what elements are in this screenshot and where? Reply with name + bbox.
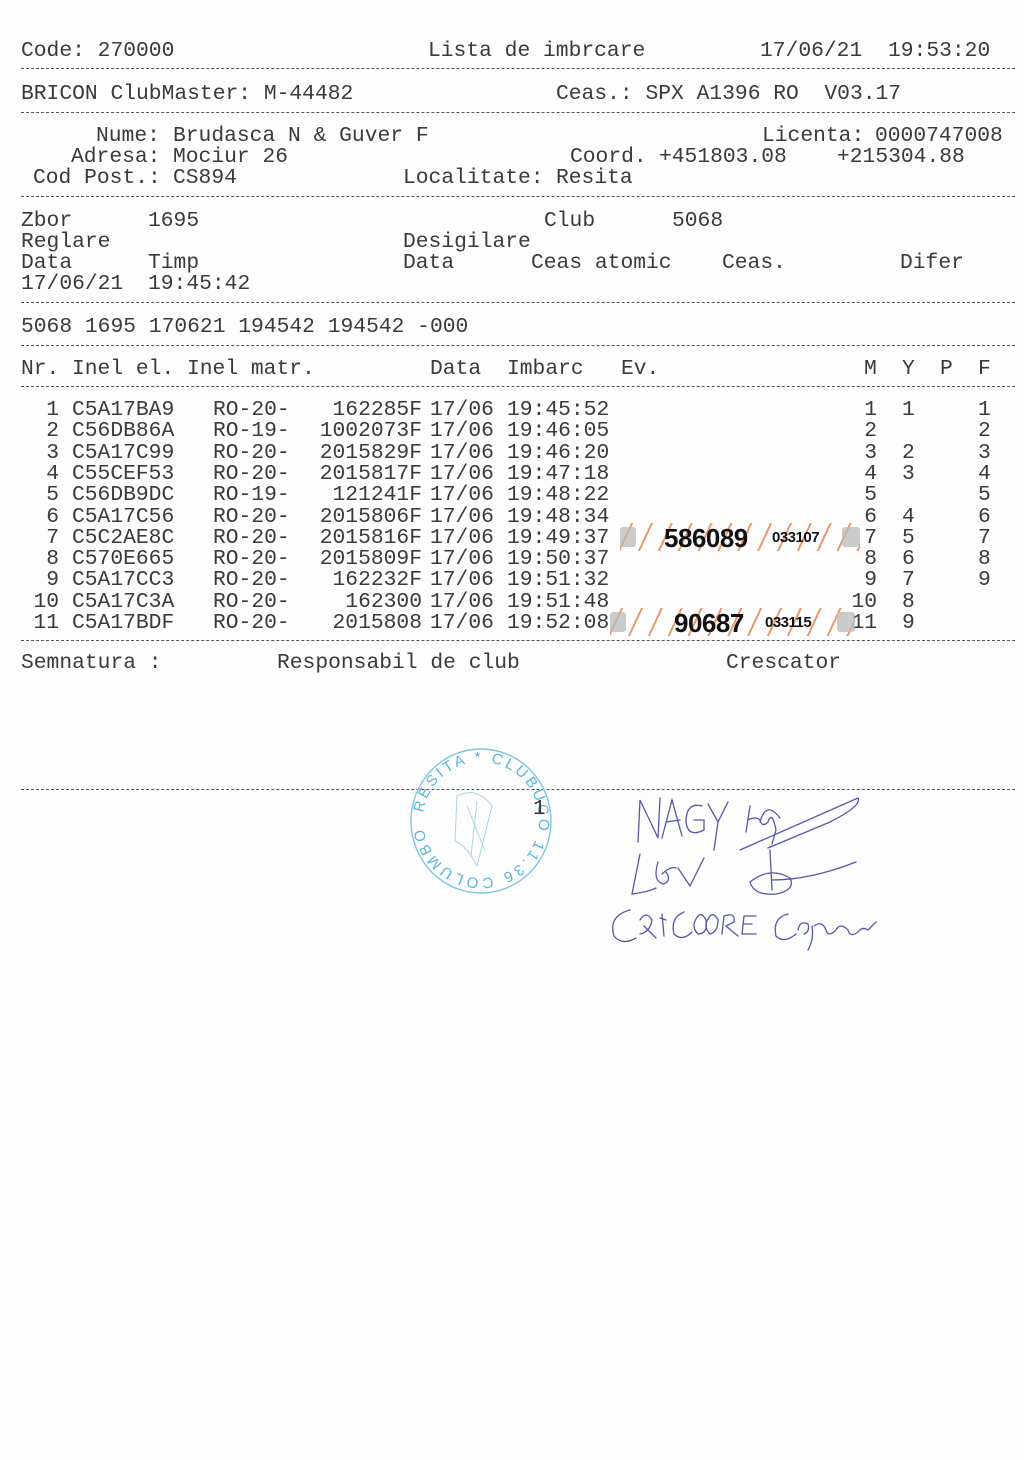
cell-inel-matr: 121241F	[316, 484, 422, 506]
cell-ring-prefix: RO-19-	[213, 484, 290, 506]
sticker-code: 033115	[765, 614, 811, 632]
coord-lon: +215304.88	[837, 146, 965, 168]
cell-m: 8	[845, 548, 877, 570]
club-responsible-label: Responsabil de club	[277, 652, 520, 674]
cell-inel-el: C570E665	[72, 548, 174, 570]
cell-f: 7	[978, 527, 991, 549]
cell-m: 5	[845, 484, 877, 506]
cell-nr: 8	[21, 548, 59, 570]
divider	[21, 68, 1015, 69]
printed-date: 17/06/21	[760, 40, 862, 62]
divider	[21, 386, 1015, 387]
cell-ring-prefix: RO-20-	[213, 591, 290, 613]
locality: Resita	[556, 167, 633, 189]
column-imbarc: Imbarc	[507, 358, 584, 380]
divider	[21, 640, 1015, 641]
cell-inel-el: C5A17C99	[72, 442, 174, 464]
code-label: Code: 270000	[21, 40, 174, 62]
clock-id: Ceas.: SPX A1396 RO V03.17	[556, 83, 901, 105]
cell-data: 17/06	[430, 612, 494, 634]
cell-nr: 9	[21, 569, 59, 591]
owner-address: Mociur 26	[173, 146, 288, 168]
zbor-label: Zbor	[21, 210, 72, 232]
column-m: M	[864, 358, 877, 380]
column-p: P	[940, 358, 953, 380]
cell-y: 5	[902, 527, 915, 549]
cell-y: 7	[902, 569, 915, 591]
cell-imbarc: 19:51:48	[507, 591, 609, 613]
cell-m: 2	[845, 420, 877, 442]
ring-sticker: 90687 033115	[610, 608, 855, 636]
sticker-edge	[842, 527, 860, 547]
cell-imbarc: 19:46:20	[507, 442, 609, 464]
cell-f: 3	[978, 442, 991, 464]
club-label: Club	[544, 210, 595, 232]
cell-inel-matr: 2015806F	[316, 506, 422, 528]
cell-inel-el: C56DB86A	[72, 420, 174, 442]
sticker-number: 586089	[664, 524, 748, 551]
cell-imbarc: 19:45:52	[507, 399, 609, 421]
cell-inel-matr: 162300	[316, 591, 422, 613]
cell-data: 17/06	[430, 591, 494, 613]
cell-ring-prefix: RO-20-	[213, 612, 290, 634]
cell-nr: 2	[21, 420, 59, 442]
reglare-date: 17/06/21	[21, 273, 123, 295]
cell-inel-matr: 162285F	[316, 399, 422, 421]
coord-label: Coord.	[570, 146, 647, 168]
cell-y: 8	[902, 591, 915, 613]
cell-imbarc: 19:49:37	[507, 527, 609, 549]
cell-imbarc: 19:50:37	[507, 548, 609, 570]
sticker-code: 033107	[772, 529, 819, 547]
cell-inel-el: C55CEF53	[72, 463, 174, 485]
sticker-edge	[620, 527, 636, 547]
cell-y: 3	[902, 463, 915, 485]
clubmaster-id: BRICON ClubMaster: M-44482	[21, 83, 353, 105]
locality-label: Localitate:	[403, 167, 544, 189]
cell-ring-prefix: RO-20-	[213, 399, 290, 421]
cell-ring-prefix: RO-20-	[213, 506, 290, 528]
address-label: Adresa:	[71, 146, 160, 168]
cell-ring-prefix: RO-20-	[213, 442, 290, 464]
cell-data: 17/06	[430, 442, 494, 464]
cell-f: 2	[978, 420, 991, 442]
cell-inel-matr: 2015829F	[316, 442, 422, 464]
cell-m: 1	[845, 399, 877, 421]
column-data: Data	[430, 358, 481, 380]
cell-f: 9	[978, 569, 991, 591]
divider	[21, 302, 1015, 303]
cell-data: 17/06	[430, 484, 494, 506]
desigilare-label: Desigilare	[403, 231, 531, 253]
column-inel-el: Inel el.	[72, 358, 174, 380]
club-number: 5068	[672, 210, 723, 232]
ring-sticker: 586089 033107	[620, 523, 860, 551]
cell-inel-el: C5A17C3A	[72, 591, 174, 613]
cell-nr: 1	[21, 399, 59, 421]
cell-imbarc: 19:48:34	[507, 506, 609, 528]
cell-data: 17/06	[430, 399, 494, 421]
breeder-label: Crescator	[726, 652, 841, 674]
printed-time: 19:53:20	[888, 40, 990, 62]
coord-lat: +451803.08	[659, 146, 787, 168]
cell-inel-matr: 2015809F	[316, 548, 422, 570]
club-stamp-icon: RESITA * CLUBUCO 11.36 COLUMBOFIL	[407, 746, 555, 896]
cell-y: 9	[902, 612, 915, 634]
cell-nr: 5	[21, 484, 59, 506]
page-number: 1	[533, 798, 546, 821]
divider	[21, 196, 1015, 197]
cell-y: 1	[902, 399, 915, 421]
cell-f: 1	[978, 399, 991, 421]
cell-f: 8	[978, 548, 991, 570]
cell-data: 17/06	[430, 548, 494, 570]
timp-label: Timp	[148, 252, 199, 274]
summary-line: 5068 1695 170621 194542 194542 -000	[21, 316, 468, 338]
cell-y: 2	[902, 442, 915, 464]
cell-m: 9	[845, 569, 877, 591]
cell-ring-prefix: RO-20-	[213, 527, 290, 549]
license-label: Licenta:	[762, 125, 864, 147]
cell-inel-el: C5C2AE8C	[72, 527, 174, 549]
name-label: Nume:	[96, 125, 160, 147]
document-title: Lista de imbrcare	[428, 40, 645, 62]
divider	[21, 345, 1015, 346]
sticker-edge	[837, 612, 855, 632]
cell-data: 17/06	[430, 420, 494, 442]
divider	[21, 112, 1015, 113]
handwritten-signatures-icon	[600, 770, 920, 960]
cell-inel-matr: 2015817F	[316, 463, 422, 485]
cell-m: 3	[845, 442, 877, 464]
cell-inel-el: C5A17BDF	[72, 612, 174, 634]
cell-inel-el: C56DB9DC	[72, 484, 174, 506]
cell-ring-prefix: RO-20-	[213, 569, 290, 591]
cell-inel-el: C5A17BA9	[72, 399, 174, 421]
cell-inel-matr: 2015808	[316, 612, 422, 634]
cell-nr: 10	[21, 591, 59, 613]
reglare-label: Reglare	[21, 231, 110, 253]
cell-imbarc: 19:52:08	[507, 612, 609, 634]
cell-inel-el: C5A17CC3	[72, 569, 174, 591]
difer-label: Difer	[900, 252, 964, 274]
cell-inel-matr: 1002073F	[316, 420, 422, 442]
cell-imbarc: 19:47:18	[507, 463, 609, 485]
cell-nr: 7	[21, 527, 59, 549]
cell-imbarc: 19:48:22	[507, 484, 609, 506]
cell-m: 4	[845, 463, 877, 485]
cell-f: 5	[978, 484, 991, 506]
column-y: Y	[902, 358, 915, 380]
cell-data: 17/06	[430, 527, 494, 549]
column-ev: Ev.	[621, 358, 659, 380]
cell-ring-prefix: RO-20-	[213, 548, 290, 570]
cell-inel-matr: 162232F	[316, 569, 422, 591]
column-f: F	[978, 358, 991, 380]
postcode-label: Cod Post.:	[33, 167, 161, 189]
cell-ring-prefix: RO-19-	[213, 420, 290, 442]
boarding-list-document: Code: 270000 Lista de imbrcare 17/06/21 …	[0, 0, 1024, 1460]
cell-nr: 3	[21, 442, 59, 464]
cell-f: 4	[978, 463, 991, 485]
cell-y: 6	[902, 548, 915, 570]
reglare-time: 19:45:42	[148, 273, 250, 295]
cell-inel-matr: 2015816F	[316, 527, 422, 549]
column-nr: Nr.	[21, 358, 59, 380]
cell-nr: 4	[21, 463, 59, 485]
ceas-atomic-label: Ceas atomic	[531, 252, 672, 274]
cell-inel-el: C5A17C56	[72, 506, 174, 528]
signature-label: Semnatura :	[21, 652, 162, 674]
cell-nr: 6	[21, 506, 59, 528]
cell-nr: 11	[21, 612, 59, 634]
cell-data: 17/06	[430, 463, 494, 485]
cell-data: 17/06	[430, 569, 494, 591]
desigilare-data-label: Data	[403, 252, 454, 274]
sticker-edge	[610, 612, 626, 632]
data-label: Data	[21, 252, 72, 274]
sticker-number: 90687	[674, 609, 744, 636]
ceas-label: Ceas.	[722, 252, 786, 274]
cell-f: 6	[978, 506, 991, 528]
cell-imbarc: 19:51:32	[507, 569, 609, 591]
column-inel-matr: Inel matr.	[187, 358, 315, 380]
postcode: CS894	[173, 167, 237, 189]
zbor-number: 1695	[148, 210, 199, 232]
license-number: 0000747008	[875, 125, 1003, 147]
owner-name: Brudasca N & Guver F	[173, 125, 429, 147]
cell-data: 17/06	[430, 506, 494, 528]
cell-y: 4	[902, 506, 915, 528]
cell-ring-prefix: RO-20-	[213, 463, 290, 485]
cell-imbarc: 19:46:05	[507, 420, 609, 442]
